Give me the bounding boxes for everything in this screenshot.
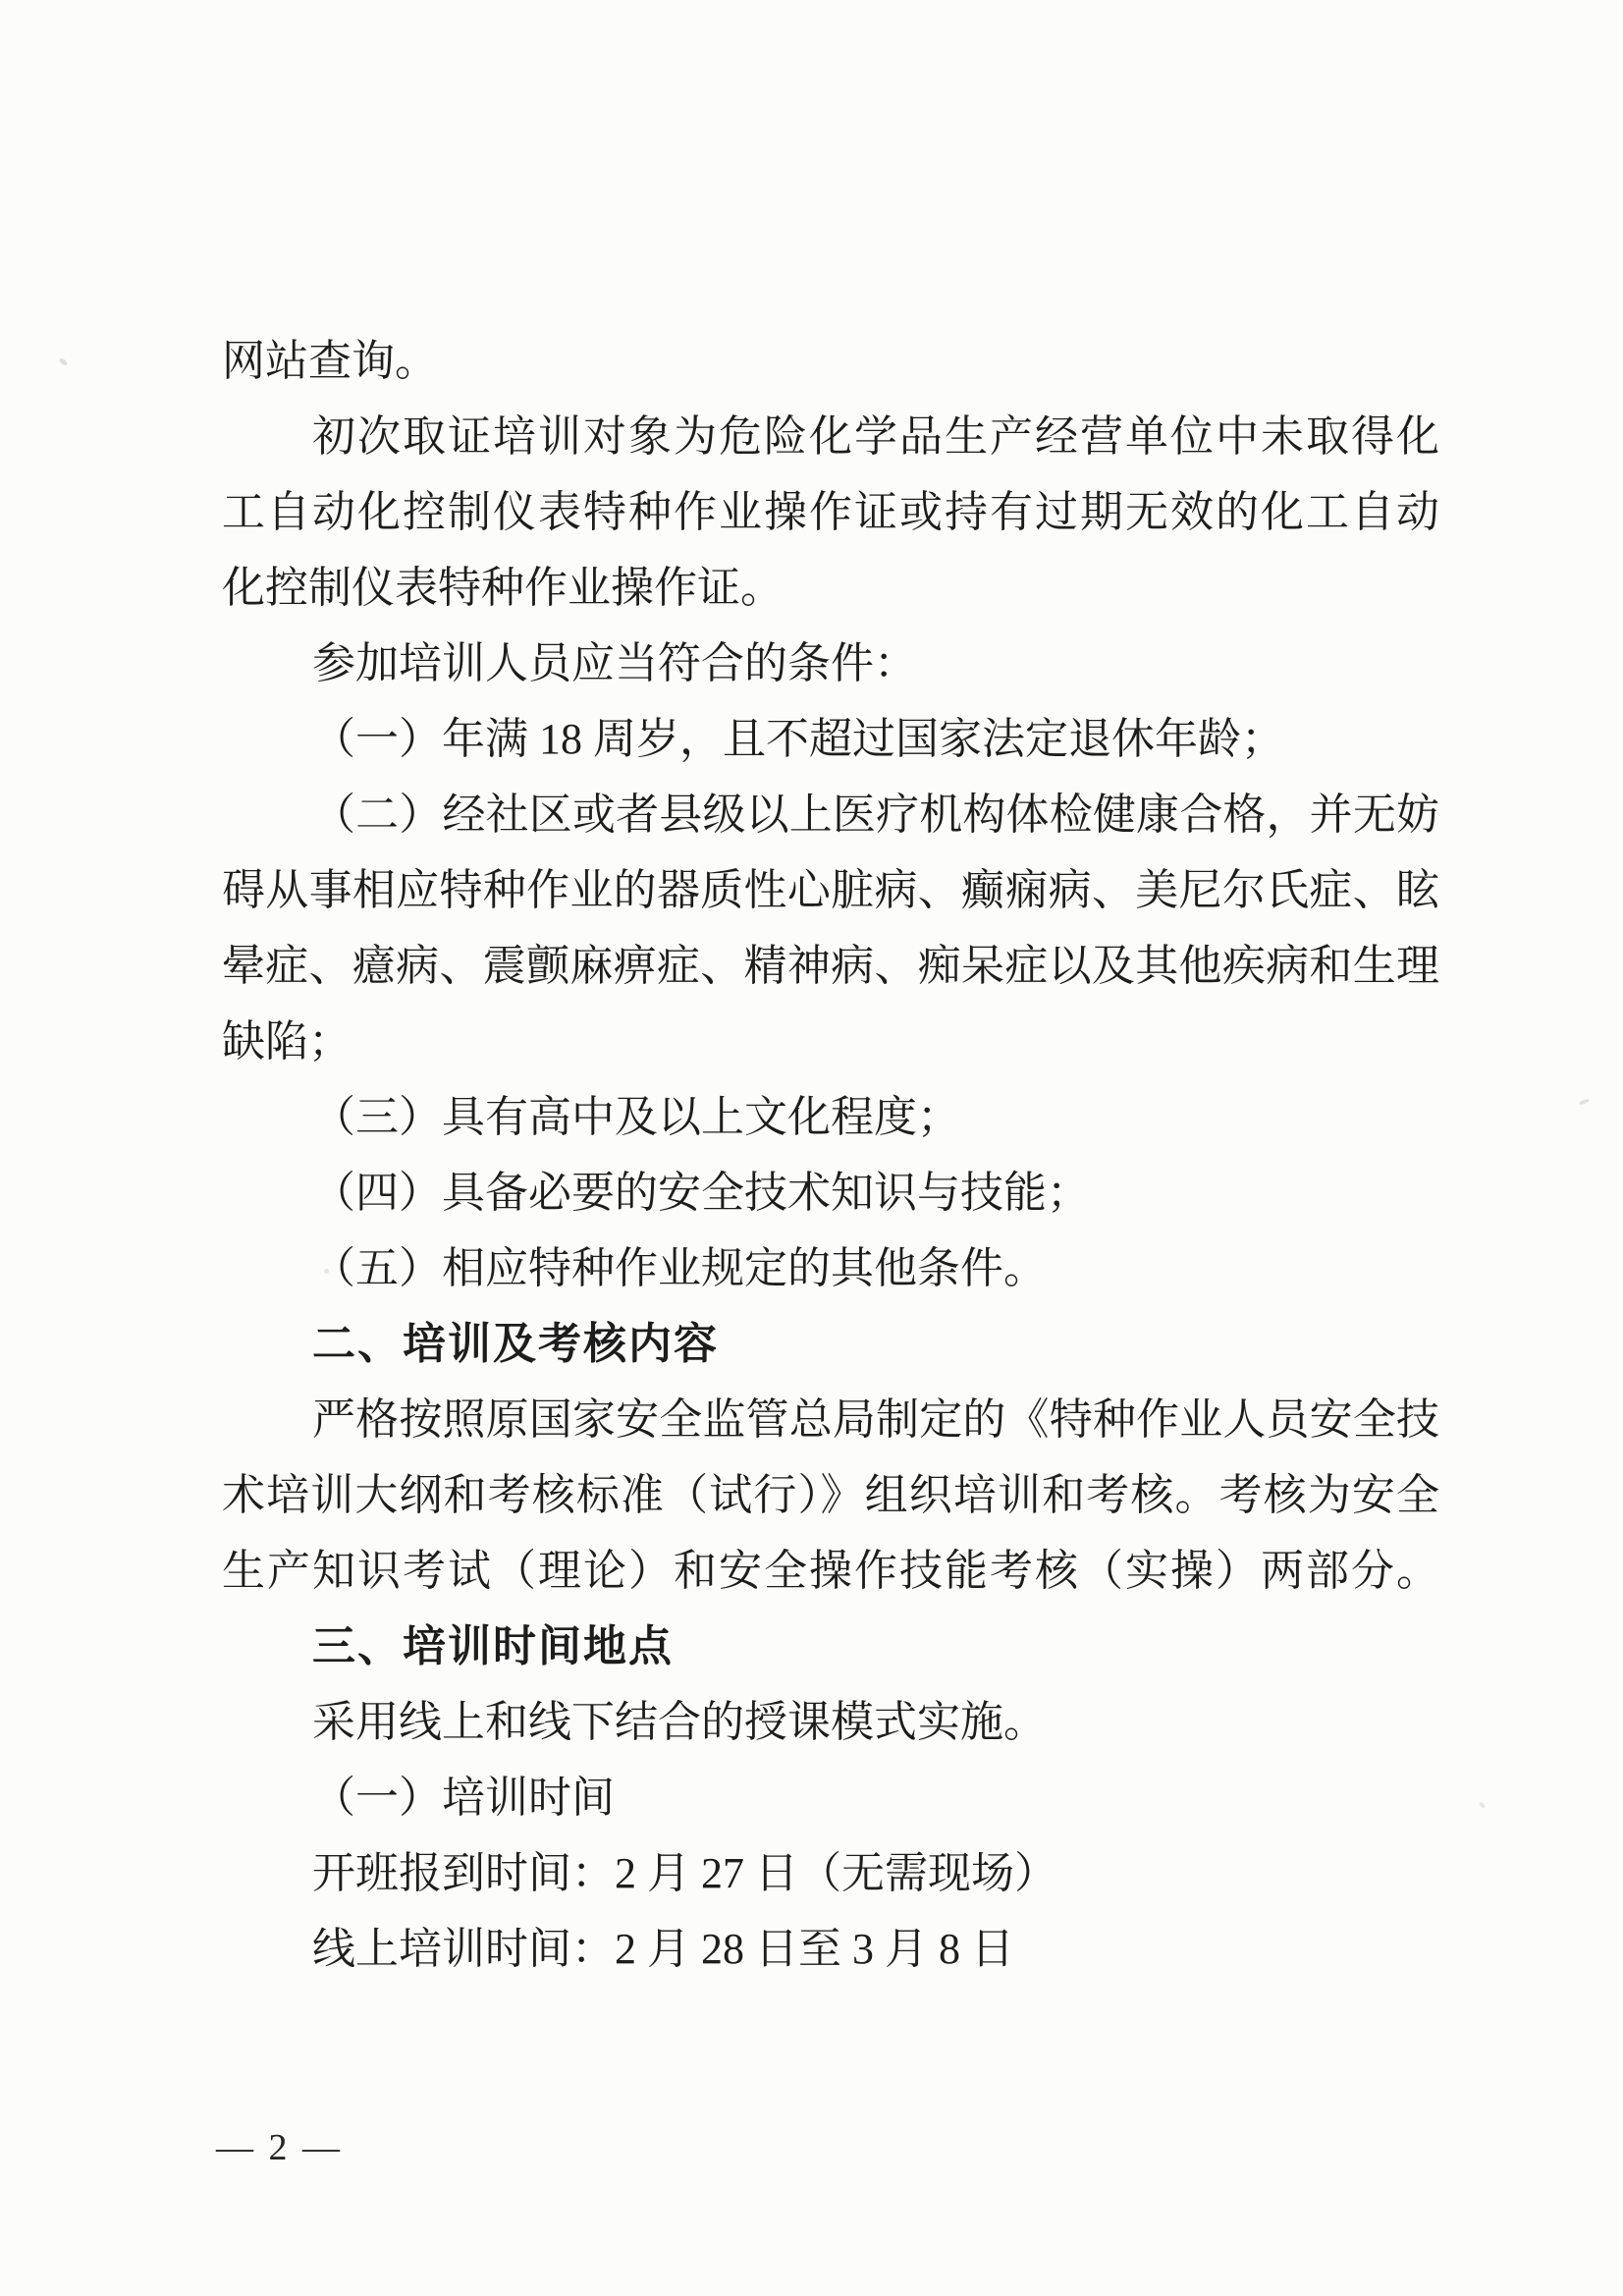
doc-line: 化控制仪表特种作业操作证。: [222, 550, 1439, 626]
doc-line: 缺陷；: [222, 1004, 1439, 1079]
doc-line: 工自动化控制仪表特种作业操作证或持有过期无效的化工自动: [222, 474, 1439, 550]
doc-line: 术培训大纲和考核标准（试行）》组织培训和考核。考核为安全: [222, 1457, 1439, 1533]
document-page: 网站查询。 初次取证培训对象为危险化学品生产经营单位中未取得化 工自动化控制仪表…: [0, 0, 1623, 2296]
doc-line: 生产知识考试（理论）和安全操作技能考核（实操）两部分。: [222, 1533, 1439, 1609]
section-heading-2: 二、培训及考核内容: [222, 1306, 1439, 1382]
doc-line-item-4: （四）具备必要的安全技术知识与技能；: [222, 1155, 1439, 1230]
doc-line-item-2: （二）经社区或者县级以上医疗机构体检健康合格，并无妨: [222, 777, 1439, 852]
page-number: — 2 —: [216, 2125, 343, 2170]
doc-line-item-1: （一）年满 18 周岁，且不超过国家法定退休年龄；: [222, 701, 1439, 777]
doc-line: 严格按照原国家安全监管总局制定的《特种作业人员安全技: [222, 1382, 1439, 1457]
document-body: 网站查询。 初次取证培训对象为危险化学品生产经营单位中未取得化 工自动化控制仪表…: [222, 323, 1439, 1987]
doc-line: 碍从事相应特种作业的器质性心脏病、癫痫病、美尼尔氏症、眩: [222, 852, 1439, 928]
doc-line: 采用线上和线下结合的授课模式实施。: [222, 1684, 1439, 1760]
doc-line: 线上培训时间：2 月 28 日至 3 月 8 日: [222, 1911, 1439, 1987]
scan-artifact: [1479, 1801, 1487, 1809]
scan-artifact: [324, 1269, 329, 1274]
doc-line-item-5: （五）相应特种作业规定的其他条件。: [222, 1230, 1439, 1306]
subsection-heading: （一）培训时间: [222, 1760, 1439, 1835]
doc-line: 晕症、癔病、震颤麻痹症、精神病、痴呆症以及其他疾病和生理: [222, 928, 1439, 1004]
doc-line-item-3: （三）具有高中及以上文化程度；: [222, 1079, 1439, 1155]
section-heading-3: 三、培训时间地点: [222, 1609, 1439, 1684]
scan-artifact: [58, 357, 68, 366]
doc-line: 初次取证培训对象为危险化学品生产经营单位中未取得化: [222, 399, 1439, 474]
doc-line: 网站查询。: [222, 323, 1439, 399]
doc-line: 参加培训人员应当符合的条件：: [222, 626, 1439, 701]
scan-artifact: [1579, 1098, 1591, 1106]
doc-line: 开班报到时间：2 月 27 日（无需现场）: [222, 1835, 1439, 1911]
